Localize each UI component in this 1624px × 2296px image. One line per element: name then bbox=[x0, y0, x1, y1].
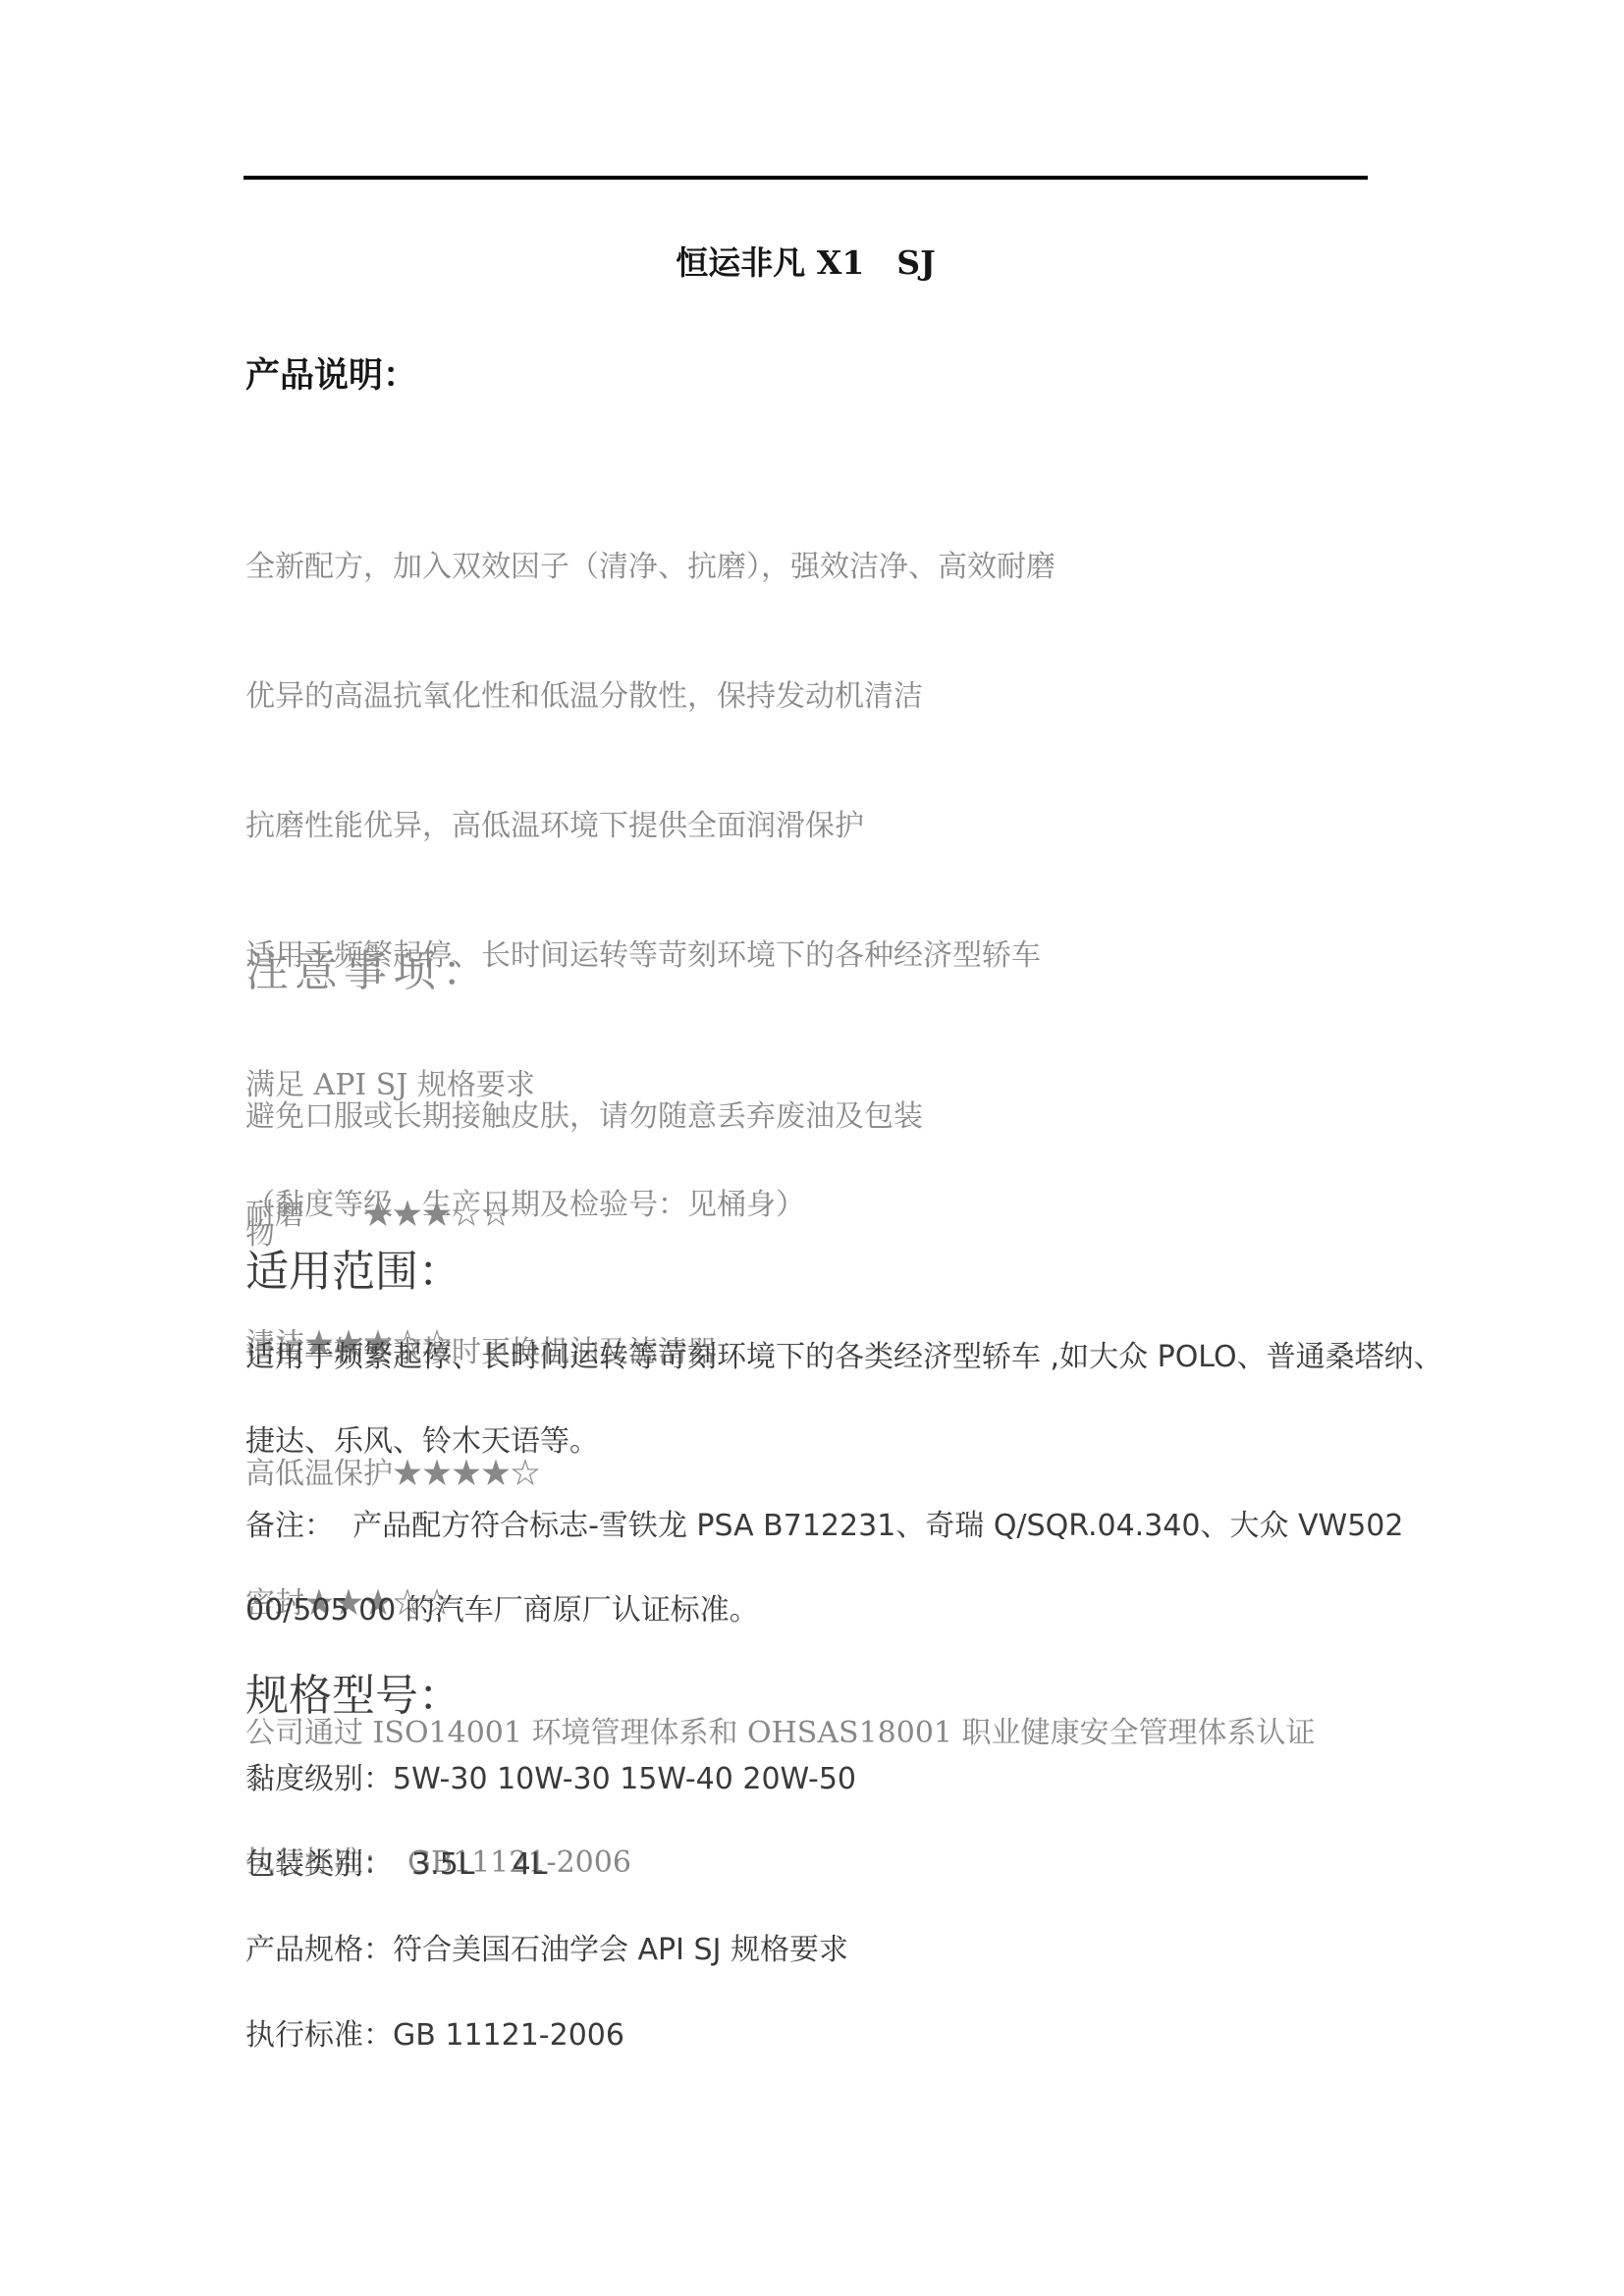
precaution-line: 避免口服或长期接触皮肤，请勿随意丢弃废油及包装 bbox=[245, 1097, 923, 1137]
application-body: 适用于频繁起停、长时间运转等苛刻环境下的各类经济型轿车 ,如大众 POLO、普通… bbox=[245, 1336, 1443, 1674]
specifications-body: 黏度级别：5W-30 10W-30 15W-40 20W-50 包装类别： 3.… bbox=[245, 1758, 856, 2100]
specifications-heading: 规格型号： bbox=[245, 1668, 461, 1725]
product-spec-line: 产品规格：符合美国石油学会 API SJ 规格要求 bbox=[245, 1929, 856, 1972]
document-title: 恒运非凡 X1 SJ bbox=[244, 240, 1368, 286]
package-type-line: 包装类别： 3.5L 4L bbox=[245, 1843, 856, 1887]
description-line: 全新配方，加入双效因子（清净、抗磨），强效洁净、高效耐磨 bbox=[245, 546, 1316, 589]
header-rule bbox=[244, 176, 1368, 180]
application-line: 适用于频繁起停、长时间运转等苛刻环境下的各类经济型轿车 ,如大众 POLO、普通… bbox=[245, 1336, 1443, 1379]
viscosity-note: （黏度等级、生产日期及检验号：见桶身） bbox=[245, 1184, 805, 1227]
application-heading: 适用范围： bbox=[245, 1244, 461, 1301]
product-description-heading: 产品说明： bbox=[245, 353, 417, 399]
description-line: 抗磨性能优异，高低温环境下提供全面润滑保护 bbox=[245, 805, 1316, 848]
remark-line: 00/505 00 的汽车厂商原厂认证标准。 bbox=[245, 1589, 1443, 1632]
remark-line: 备注： 产品配方符合标志-雪铁龙 PSA B712231、奇瑞 Q/SQR.04… bbox=[245, 1505, 1443, 1548]
document-page: 恒运非凡 X1 SJ 产品说明： 全新配方，加入双效因子（清净、抗磨），强效洁净… bbox=[0, 0, 1624, 2296]
description-line: 优异的高温抗氧化性和低温分散性，保持发动机清洁 bbox=[245, 675, 1316, 719]
precautions-heading: 注意事项： bbox=[245, 943, 491, 1000]
standard-line: 执行标准：GB 11121-2006 bbox=[245, 2014, 856, 2057]
application-line: 捷达、乐风、铃木天语等。 bbox=[245, 1420, 1443, 1464]
viscosity-grade-line: 黏度级别：5W-30 10W-30 15W-40 20W-50 bbox=[245, 1758, 856, 1801]
